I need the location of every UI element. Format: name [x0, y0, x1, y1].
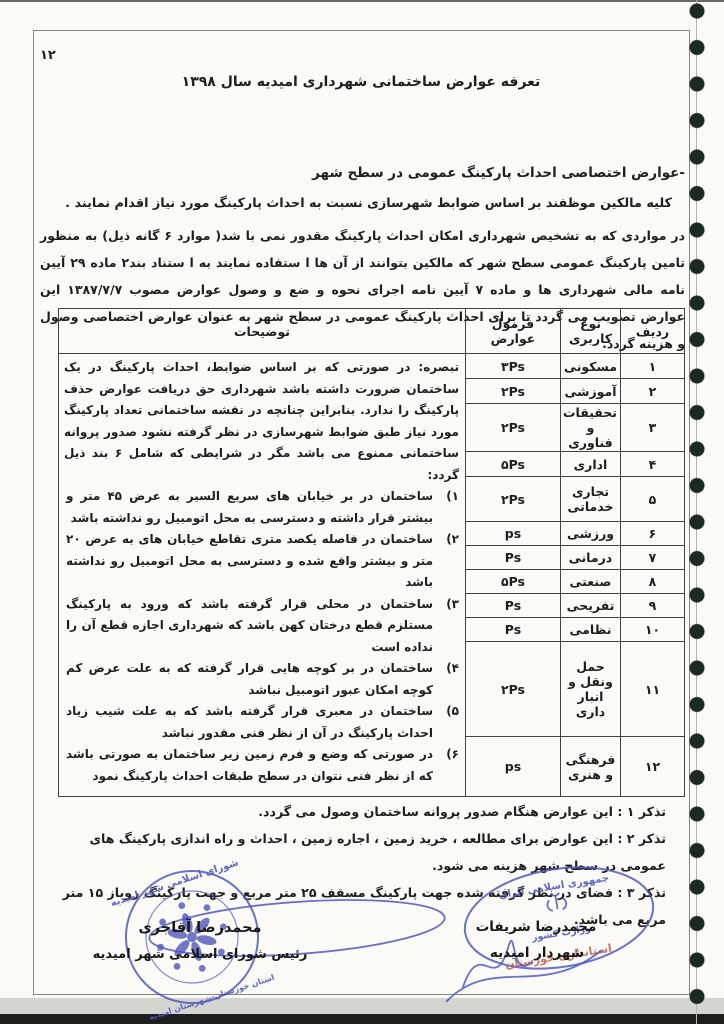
header-row-number: ردیف: [621, 309, 685, 354]
governor-stamp-ring-top: جمهوری اسلامی ایران: [498, 873, 610, 901]
row-number-cell: ۱۱: [621, 642, 685, 737]
row-number-cell: ۷: [621, 546, 685, 570]
table-header-row: ردیف نوع کاربری فرمول عوارض توضیحات: [59, 309, 685, 354]
usage-cell: نظامی: [561, 618, 621, 642]
council-chief-name: محمدرضا آقاجری: [120, 920, 280, 936]
usage-cell: صنعتی: [561, 570, 621, 594]
header-fee-formula: فرمول عوارض: [466, 309, 561, 354]
formula-value: ۲Ps: [501, 682, 525, 697]
mayor-role: شهردار امیدیه: [452, 945, 622, 961]
document-title: تعرفه عوارض ساختمانی شهرداری امیدیه سال …: [34, 74, 688, 90]
intro-line: کلیه مالکین موظفند بر اساس ضوابط شهرسازی…: [40, 196, 672, 211]
item-text: ساختمان در بر خیابان های سریع السیر به ع…: [64, 486, 433, 529]
item-number: ۴): [433, 658, 459, 701]
formula-cell: ps: [466, 522, 561, 546]
header-notes: توضیحات: [59, 309, 466, 354]
row-number-cell: ۸: [621, 570, 685, 594]
formula-cell: Ps: [466, 594, 561, 618]
usage-cell: تجاری خدماتی: [561, 477, 621, 522]
item-text: ساختمان در بر کوچه هایی قرار گرفته که به…: [64, 658, 433, 701]
usage-cell: مسکونی: [561, 354, 621, 379]
formula-cell: ps: [466, 737, 561, 797]
item-text: ساختمان در محلی قرار گرفته باشد که ورود …: [64, 594, 433, 659]
row-number-cell: ۳: [621, 404, 685, 452]
page-number: ۱۲: [40, 48, 56, 63]
row-number-cell: ۵: [621, 477, 685, 522]
usage-cell: تفریحی: [561, 594, 621, 618]
spiral-binding-holes: [688, 0, 706, 1024]
formula-cell: ۲Ps: [466, 477, 561, 522]
usage-cell: ورزشی: [561, 522, 621, 546]
formula-value: ۲Ps: [501, 420, 525, 435]
scanned-document-page: ۱۲ تعرفه عوارض ساختمانی شهرداری امیدیه س…: [0, 0, 724, 1024]
formula-value: ps: [505, 759, 521, 774]
formula-value: Ps: [505, 622, 521, 637]
notes-cell: تبصره: در صورتی که بر اساس ضوابط، احداث …: [59, 354, 466, 797]
usage-cell: درمانی: [561, 546, 621, 570]
item-text: ساختمان در معبری قرار گرفته باشد که به ع…: [64, 701, 433, 744]
formula-cell: ۲Ps: [466, 379, 561, 404]
formula-value: ۵Ps: [501, 574, 525, 589]
formula-value: ۵Ps: [501, 457, 525, 472]
iran-emblem-icon: [546, 892, 567, 912]
row-number-cell: ۱۰: [621, 618, 685, 642]
usage-cell: فرهنگی و هنری: [561, 737, 621, 797]
item-number: ۵): [433, 701, 459, 744]
list-item: ۴)ساختمان در بر کوچه هایی قرار گرفته که …: [64, 658, 459, 701]
formula-value: ۲Ps: [501, 384, 525, 399]
mayor-name: محمدرضا شریفات: [446, 919, 626, 935]
formula-value: Ps: [505, 598, 521, 613]
list-item: ۳)ساختمان در محلی قرار گرفته باشد که ورو…: [64, 594, 459, 659]
usage-cell: آموزشی: [561, 379, 621, 404]
row-number-cell: ۱۲: [621, 737, 685, 797]
council-chief-role: رئیس شورای اسلامی شهر امیدیه: [70, 947, 330, 962]
formula-cell: ۲Ps: [466, 642, 561, 737]
list-item: ۱)ساختمان در بر خیابان های سریع السیر به…: [64, 486, 459, 529]
usage-cell: حمل ونقل و انبار داری: [561, 642, 621, 737]
list-item: ۲)ساختمان در فاصله یکصد متری تقاطع خیابا…: [64, 529, 459, 594]
usage-cell: تحقیقات و فناوری: [561, 404, 621, 452]
list-item: ۶)در صورتی که وضع و فرم زمین زیر ساختمان…: [64, 744, 459, 787]
row-number-cell: ۱: [621, 354, 685, 379]
item-text: ساختمان در فاصله یکصد متری تقاطع خیابان …: [64, 529, 433, 594]
formula-cell: ۵Ps: [466, 570, 561, 594]
formula-cell: ۲Ps: [466, 404, 561, 452]
footnote: تذکر ۱ : این عوارض هنگام صدور پروانه ساخ…: [40, 798, 666, 825]
formula-cell: ۳Ps: [466, 354, 561, 379]
item-text: در صورتی که وضع و فرم زمین زیر ساختمان ب…: [64, 744, 433, 787]
formula-value: ۲Ps: [501, 492, 525, 507]
item-number: ۲): [433, 529, 459, 594]
row-number-cell: ۴: [621, 452, 685, 477]
table-row: ۱ مسکونی ۳Ps تبصره: در صورتی که بر اساس …: [59, 354, 685, 379]
row-number-cell: ۹: [621, 594, 685, 618]
item-number: ۱): [433, 486, 459, 529]
section-heading: -عوارض اختصاصی احداث پارکینگ عمومی در سط…: [40, 165, 685, 181]
notes-intro: تبصره: در صورتی که بر اساس ضوابط، احداث …: [64, 357, 459, 486]
list-item: ۵)ساختمان در معبری قرار گرفته باشد که به…: [64, 701, 459, 744]
formula-cell: Ps: [466, 546, 561, 570]
formula-cell: ۵Ps: [466, 452, 561, 477]
parking-fee-table: ردیف نوع کاربری فرمول عوارض توضیحات ۱ مس…: [58, 308, 685, 797]
item-number: ۶): [433, 744, 459, 787]
row-number-cell: ۶: [621, 522, 685, 546]
item-number: ۳): [433, 594, 459, 659]
formula-cell: Ps: [466, 618, 561, 642]
row-number-cell: ۲: [621, 379, 685, 404]
formula-value: ps: [505, 526, 521, 541]
header-usage-type: نوع کاربری: [561, 309, 621, 354]
usage-cell: اداری: [561, 452, 621, 477]
formula-value: Ps: [505, 550, 521, 565]
council-stamp: شورای اسلامی شهر امیدیه استان خوزستان-شه…: [72, 852, 452, 1022]
formula-value: ۳Ps: [501, 359, 525, 374]
